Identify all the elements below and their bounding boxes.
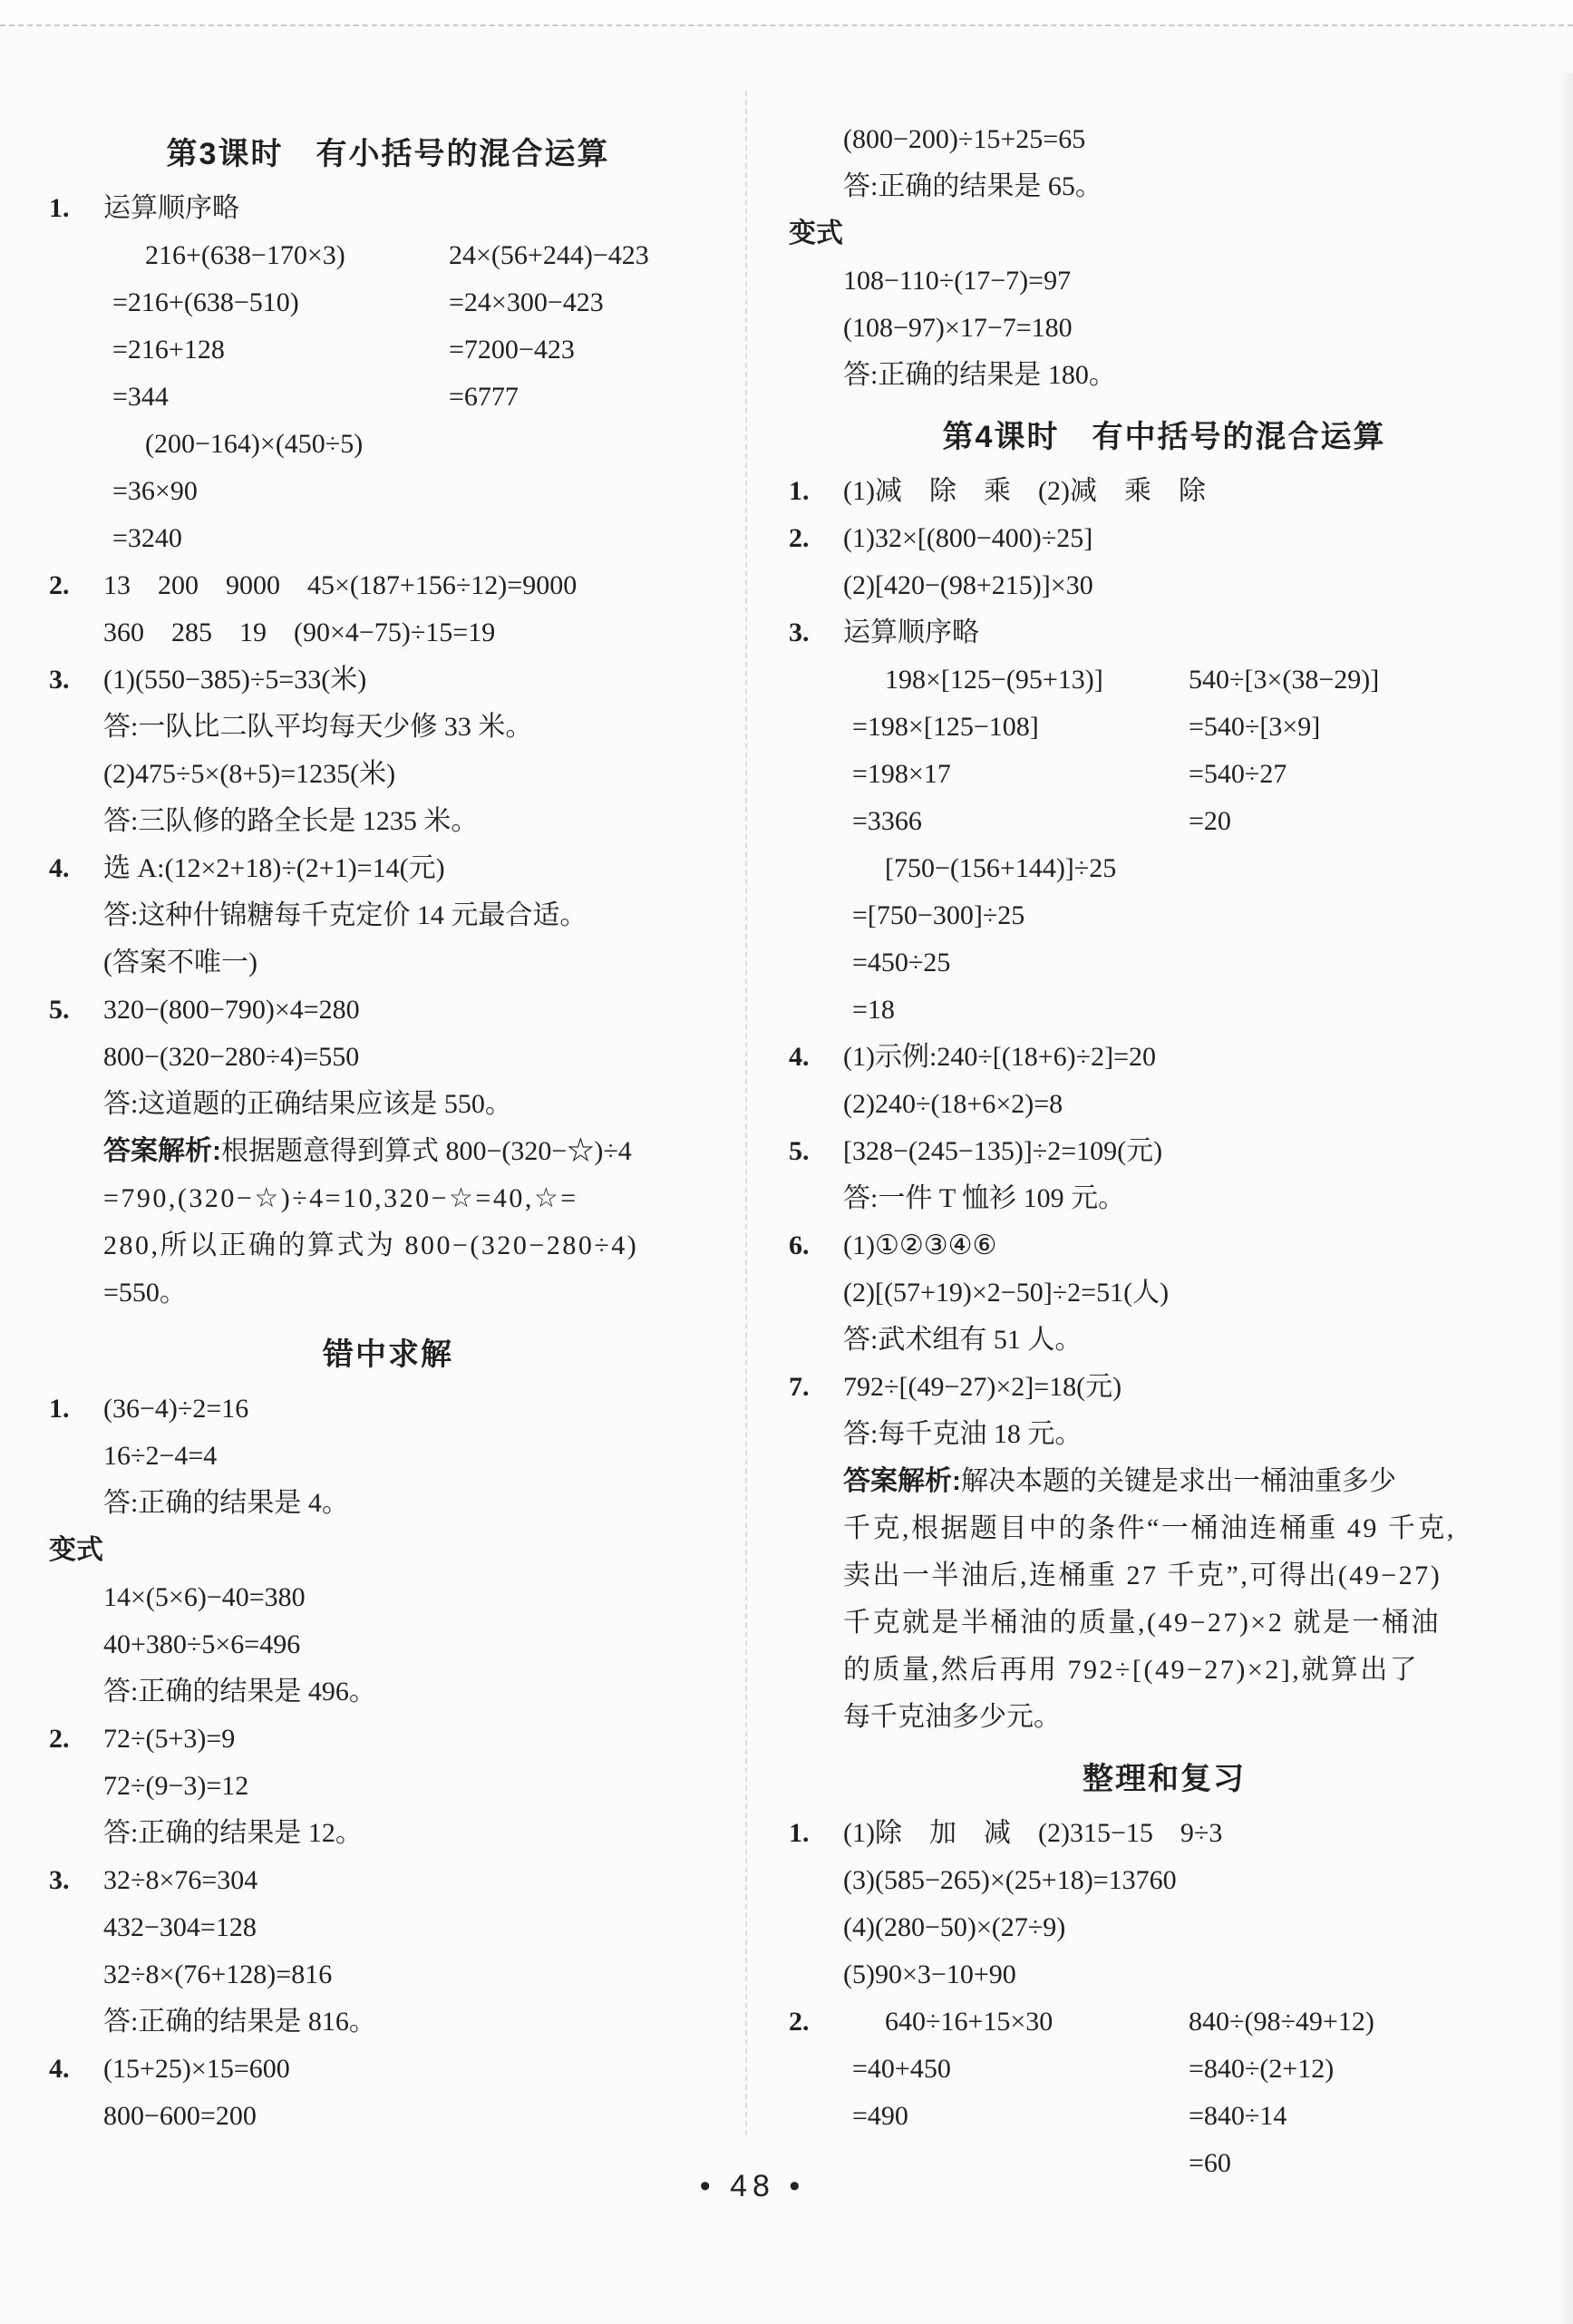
answer-line: 答:一件 T 恤衫 109 元。 xyxy=(787,1175,1541,1222)
answer-line: =450÷25 xyxy=(787,939,1541,987)
item-number: 7. xyxy=(789,1364,810,1411)
answer-line: =790,(320−☆)÷4=10,320−☆=40,☆= xyxy=(47,1175,729,1222)
equation-left: =344 xyxy=(112,374,449,421)
equation-right: 840÷(98÷49+12) xyxy=(1189,1998,1541,2046)
equation-left: =198×17 xyxy=(852,751,1189,798)
equation-right: =840÷(2+12) xyxy=(1189,2046,1541,2093)
equation-right: =7200−423 xyxy=(449,326,729,374)
answer-line: (2)240÷(18+6×2)=8 xyxy=(787,1081,1541,1128)
answer-line: 14×(5×6)−40=380 xyxy=(47,1574,729,1621)
equation-right: 540÷[3×(38−29)] xyxy=(1189,656,1541,704)
equation-left: =216+(638−510) xyxy=(112,279,449,326)
equation-right: =6777 xyxy=(449,374,729,421)
equation-left: =216+128 xyxy=(112,326,449,374)
left-column: 第3课时 有小括号的混合运算1.运算顺序略216+(638−170×3)24×(… xyxy=(47,116,729,2140)
section-heading: 第3课时 有小括号的混合运算 xyxy=(47,116,729,185)
page-edge-shadow xyxy=(1558,73,1573,2324)
answer-line: 答:正确的结果是 816。 xyxy=(47,1998,729,2046)
answer-line: 280,所以正确的算式为 800−(320−280÷4) xyxy=(47,1222,729,1269)
answer-line: 800−600=200 xyxy=(47,2093,729,2140)
answer-line: 216+(638−170×3)24×(56+244)−423 xyxy=(47,232,729,279)
answer-line: =344=6777 xyxy=(47,374,729,421)
answer-line: 5.[328−(245−135)]÷2=109(元) xyxy=(787,1128,1541,1175)
answer-line: (108−97)×17−7=180 xyxy=(787,305,1541,352)
answer-line: (3)(585−265)×(25+18)=13760 xyxy=(787,1857,1541,1904)
answer-line: 答案解析:解决本题的关键是求出一桶油重多少 xyxy=(787,1458,1541,1505)
item-number: 3. xyxy=(49,1857,70,1904)
answer-line: 答:三队修的路全长是 1235 米。 xyxy=(47,798,729,845)
answer-line: 1.运算顺序略 xyxy=(47,185,729,232)
equation-left: 198×[125−(95+13)] xyxy=(885,656,1189,704)
answer-line: 每千克油多少元。 xyxy=(787,1694,1541,1741)
answer-line: 3.32÷8×76=304 xyxy=(47,1857,729,1904)
answer-line: 答:一队比二队平均每天少修 33 米。 xyxy=(47,704,729,751)
item-number: 6. xyxy=(789,1222,810,1269)
bold-label-line: 变式 xyxy=(47,1527,729,1574)
item-number: 4. xyxy=(49,845,70,892)
answer-line: 答:每千克油 18 元。 xyxy=(787,1411,1541,1458)
item-number: 2. xyxy=(49,562,70,609)
answer-line: 72÷(9−3)=12 xyxy=(47,1763,729,1810)
answer-line: 198×[125−(95+13)]540÷[3×(38−29)] xyxy=(787,656,1541,704)
workbook-answer-page: 第3课时 有小括号的混合运算1.运算顺序略216+(638−170×3)24×(… xyxy=(0,0,1573,2324)
answer-line: 2.640÷16+15×30840÷(98÷49+12) xyxy=(787,1998,1541,2046)
answer-line: (800−200)÷15+25=65 xyxy=(787,116,1541,163)
item-number: 4. xyxy=(49,2046,70,2093)
answer-line: 2.13 200 9000 45×(187+156÷12)=9000 xyxy=(47,562,729,609)
answer-line: 4.选 A:(12×2+18)÷(2+1)=14(元) xyxy=(47,845,729,892)
answer-line: =3366=20 xyxy=(787,798,1541,845)
answer-line: 6.(1)①②③④⑥ xyxy=(787,1222,1541,1269)
bold-label-line: 变式 xyxy=(787,210,1541,258)
equation-right: =840÷14 xyxy=(1189,2093,1541,2140)
right-column: (800−200)÷15+25=65答:正确的结果是 65。变式108−110÷… xyxy=(787,116,1541,2187)
equation-right: 24×(56+244)−423 xyxy=(449,232,729,279)
answer-line: 1.(36−4)÷2=16 xyxy=(47,1386,729,1433)
answer-line: 卖出一半油后,连桶重 27 千克”,可得出(49−27) xyxy=(787,1552,1541,1600)
answer-line: 答:正确的结果是 180。 xyxy=(787,352,1541,399)
answer-line: 1.(1)除 加 减 (2)315−15 9÷3 xyxy=(787,1810,1541,1857)
answer-line: 40+380÷5×6=496 xyxy=(47,1621,729,1668)
equation-right: =24×300−423 xyxy=(449,279,729,326)
equation-right: =20 xyxy=(1189,798,1541,845)
answer-line: =490=840÷14 xyxy=(787,2093,1541,2140)
item-number: 1. xyxy=(789,1810,810,1857)
answer-line: 的质量,然后再用 792÷[(49−27)×2],就算出了 xyxy=(787,1647,1541,1694)
answer-line: 432−304=128 xyxy=(47,1904,729,1951)
item-number: 5. xyxy=(789,1128,810,1175)
answer-line: 16÷2−4=4 xyxy=(47,1433,729,1480)
column-divider xyxy=(745,91,747,2135)
answer-line: =550。 xyxy=(47,1269,729,1317)
answer-line: 答:这道题的正确结果应该是 550。 xyxy=(47,1081,729,1128)
answer-line: 7.792÷[(49−27)×2]=18(元) xyxy=(787,1364,1541,1411)
answer-line: 108−110÷(17−7)=97 xyxy=(787,258,1541,305)
answer-line: =[750−300]÷25 xyxy=(787,892,1541,939)
answer-line: 3.(1)(550−385)÷5=33(米) xyxy=(47,656,729,704)
answer-line: 答:武术组有 51 人。 xyxy=(787,1317,1541,1364)
answer-analysis-label: 答案解析: xyxy=(843,1466,961,1496)
answer-line: 4.(15+25)×15=600 xyxy=(47,2046,729,2093)
section-heading: 第4课时 有中括号的混合运算 xyxy=(787,399,1541,468)
answer-line: 千克就是半桶油的质量,(49−27)×2 就是一桶油 xyxy=(787,1600,1541,1647)
answer-line: [750−(156+144)]÷25 xyxy=(787,845,1541,892)
answer-line: 3.运算顺序略 xyxy=(787,609,1541,656)
item-number: 1. xyxy=(49,1386,70,1433)
answer-line: (200−164)×(450÷5) xyxy=(47,421,729,468)
equation-left: =198×[125−108] xyxy=(852,704,1189,751)
answer-line: =216+(638−510)=24×300−423 xyxy=(47,279,729,326)
answer-line: (2)475÷5×(8+5)=1235(米) xyxy=(47,751,729,798)
answer-line: 答:这种什锦糖每千克定价 14 元最合适。 xyxy=(47,892,729,939)
answer-line: 答:正确的结果是 12。 xyxy=(47,1810,729,1857)
answer-line: =198×[125−108]=540÷[3×9] xyxy=(787,704,1541,751)
item-number: 1. xyxy=(49,185,70,232)
item-number: 3. xyxy=(49,656,70,704)
equation-left: =3366 xyxy=(852,798,1189,845)
answer-line: =216+128=7200−423 xyxy=(47,326,729,374)
answer-analysis-label: 答案解析: xyxy=(103,1136,221,1166)
answer-line: =36×90 xyxy=(47,468,729,515)
answer-line: (4)(280−50)×(27÷9) xyxy=(787,1904,1541,1951)
answer-line: =198×17=540÷27 xyxy=(787,751,1541,798)
equation-left: 216+(638−170×3) xyxy=(145,232,449,279)
answer-line: =3240 xyxy=(47,515,729,562)
page-number: • 48 • xyxy=(0,2169,1505,2204)
equation-right: =540÷[3×9] xyxy=(1189,704,1541,751)
answer-line: 32÷8×(76+128)=816 xyxy=(47,1951,729,1998)
answer-line: 答:正确的结果是 496。 xyxy=(47,1668,729,1716)
answer-line: 800−(320−280÷4)=550 xyxy=(47,1034,729,1081)
equation-right: =540÷27 xyxy=(1189,751,1541,798)
answer-line: 2.72÷(5+3)=9 xyxy=(47,1716,729,1763)
answer-line: =40+450=840÷(2+12) xyxy=(787,2046,1541,2093)
item-number: 1. xyxy=(789,468,810,515)
item-number: 2. xyxy=(49,1716,70,1763)
item-number: 3. xyxy=(789,609,810,656)
page-top-edge xyxy=(0,0,1573,26)
answer-line: 千克,根据题目中的条件“一桶油连桶重 49 千克, xyxy=(787,1505,1541,1552)
answer-line: 4.(1)示例:240÷[(18+6)÷2]=20 xyxy=(787,1034,1541,1081)
item-number: 4. xyxy=(789,1034,810,1081)
section-heading: 错中求解 xyxy=(47,1317,729,1386)
answer-line: 答:正确的结果是 65。 xyxy=(787,163,1541,210)
answer-line: 360 285 19 (90×4−75)÷15=19 xyxy=(47,609,729,656)
answer-line: 答案解析:根据题意得到算式 800−(320−☆)÷4 xyxy=(47,1128,729,1175)
answer-line: (2)[420−(98+215)]×30 xyxy=(787,562,1541,609)
equation-left: 640÷16+15×30 xyxy=(885,1998,1189,2046)
answer-line: (5)90×3−10+90 xyxy=(787,1951,1541,1998)
item-number: 2. xyxy=(789,1998,810,2046)
answer-line: 答:正确的结果是 4。 xyxy=(47,1480,729,1527)
item-number: 2. xyxy=(789,515,810,562)
equation-left: =490 xyxy=(852,2093,1189,2140)
item-number: 5. xyxy=(49,987,70,1034)
answer-line: 1.(1)减 除 乘 (2)减 乘 除 xyxy=(787,468,1541,515)
answer-line: (答案不唯一) xyxy=(47,939,729,987)
answer-line: 5.320−(800−790)×4=280 xyxy=(47,987,729,1034)
section-heading: 整理和复习 xyxy=(787,1741,1541,1810)
answer-line: =18 xyxy=(787,987,1541,1034)
answer-line: 2.(1)32×[(800−400)÷25] xyxy=(787,515,1541,562)
equation-left: =40+450 xyxy=(852,2046,1189,2093)
answer-line: (2)[(57+19)×2−50]÷2=51(人) xyxy=(787,1269,1541,1317)
